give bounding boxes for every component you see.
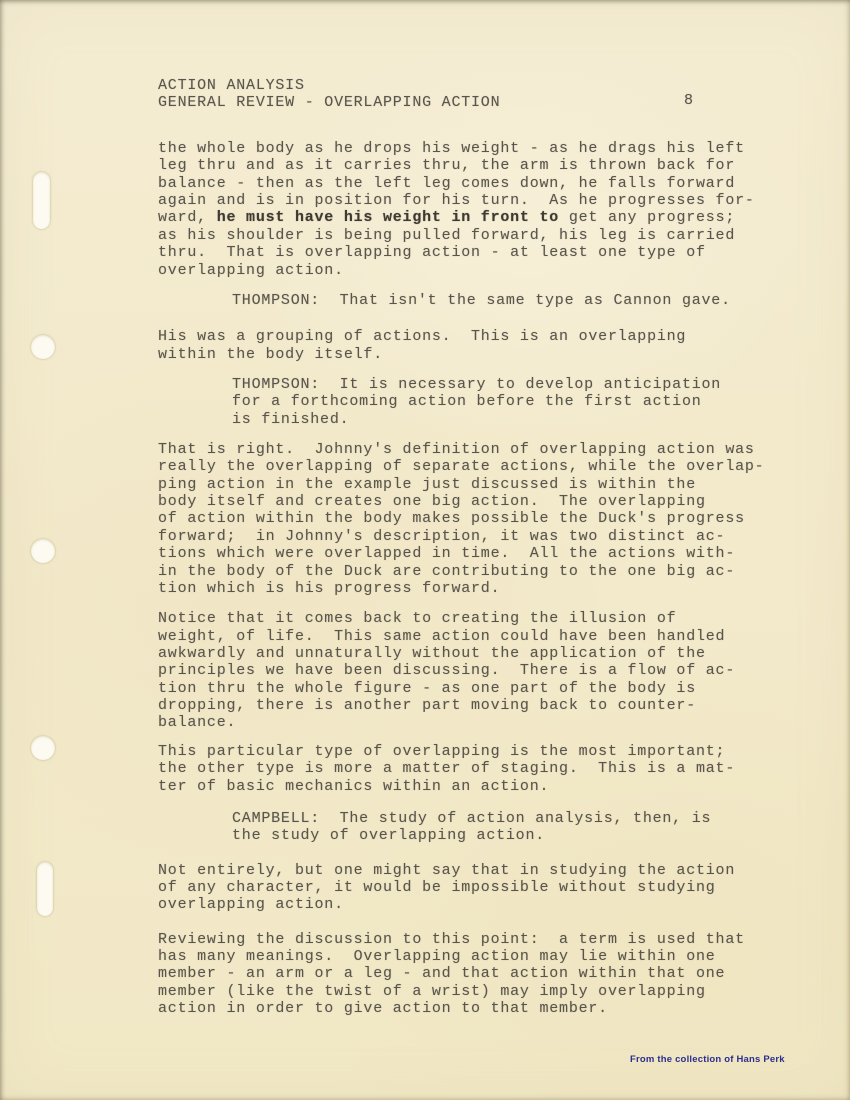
paragraph-grouping: His was a grouping of actions. This is a…: [158, 328, 798, 363]
overstruck-emphasis: he must have his weight in front to: [217, 209, 559, 226]
punch-hole-2: [31, 539, 55, 563]
paragraph-this-particular: This particular type of overlapping is t…: [158, 743, 798, 795]
punch-slot-top: [33, 172, 50, 229]
scanned-document-page: ACTION ANALYSIS GENERAL REVIEW - OVERLAP…: [0, 0, 850, 1100]
document-title: ACTION ANALYSIS: [158, 77, 500, 94]
speech-thompson-1: THOMPSON: That isn't the same type as Ca…: [158, 292, 798, 309]
document-subtitle: GENERAL REVIEW - OVERLAPPING ACTION: [158, 94, 500, 111]
speech-campbell: CAMPBELL: The study of action analysis, …: [158, 810, 798, 845]
punch-slot-bottom: [37, 862, 53, 916]
transcript-body: the whole body as he drops his weight - …: [158, 140, 798, 1030]
paragraph-not-entirely: Not entirely, but one might say that in …: [158, 862, 798, 914]
page-number: 8: [684, 92, 694, 109]
paragraph-notice: Notice that it comes back to creating th…: [158, 610, 798, 732]
paragraph-that-is-right: That is right. Johnny's definition of ov…: [158, 441, 798, 597]
speech-thompson-2: THOMPSON: It is necessary to develop ant…: [158, 376, 798, 428]
paragraph-reviewing: Reviewing the discussion to this point: …: [158, 931, 798, 1018]
document-header: ACTION ANALYSIS GENERAL REVIEW - OVERLAP…: [158, 77, 500, 112]
paragraph-overlapping-action: the whole body as he drops his weight - …: [158, 140, 798, 279]
punch-hole-1: [31, 335, 55, 359]
punch-hole-3: [31, 736, 55, 760]
collection-watermark: From the collection of Hans Perk: [630, 1054, 785, 1065]
